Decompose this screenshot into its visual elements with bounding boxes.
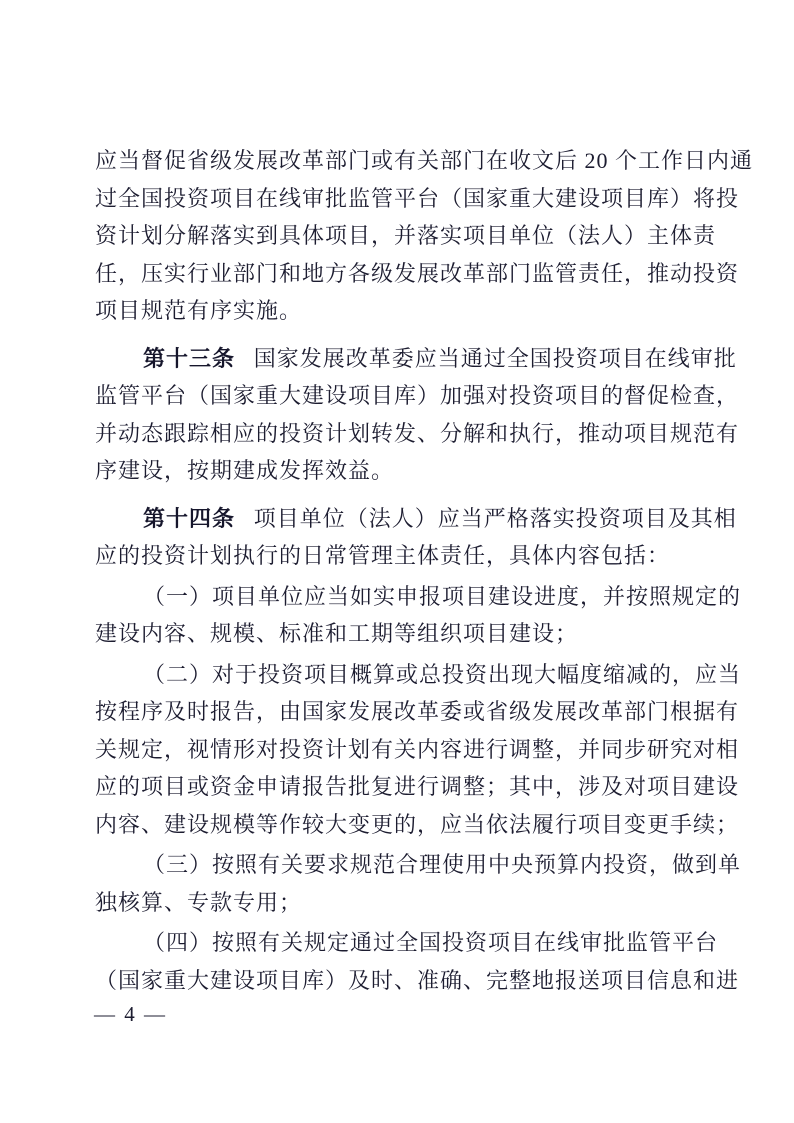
text-line: （三）按照有关要求规范合理使用中央预算内投资，做到单 xyxy=(95,846,701,884)
text-line: 第十四条项目单位（法人）应当严格落实投资项目及其相 xyxy=(95,500,701,538)
article-number: 第十四条 xyxy=(143,506,235,531)
text-line: 独核算、专款专用； xyxy=(95,884,701,922)
text-line: 内容、建设规模等作较大变更的，应当依法履行项目变更手续； xyxy=(95,806,701,844)
paragraph-article-13: 第十三条国家发展改革委应当通过全国投资项目在线审批 监管平台（国家重大建设项目库… xyxy=(95,340,701,490)
article-number: 第十三条 xyxy=(143,346,235,371)
text-line: （二）对于投资项目概算或总投资出现大幅度缩减的，应当 xyxy=(95,656,701,694)
paragraph-item-3: （三）按照有关要求规范合理使用中央预算内投资，做到单 独核算、专款专用； xyxy=(95,846,701,921)
paragraph-item-4: （四）按照有关规定通过全国投资项目在线审批监管平台 （国家重大建设项目库）及时、… xyxy=(95,924,701,999)
text-line: 关规定，视情形对投资计划有关内容进行调整，并同步研究对相 xyxy=(95,731,701,769)
paragraph-article-14: 第十四条项目单位（法人）应当严格落实投资项目及其相 应的投资计划执行的日常管理主… xyxy=(95,500,701,575)
text-line: 项目规范有序实施。 xyxy=(95,292,701,330)
text-line: 过全国投资项目在线审批监管平台（国家重大建设项目库）将投 xyxy=(95,180,701,218)
page-footer: — 4 — xyxy=(94,1002,167,1027)
text-line: 应当督促省级发展改革部门或有关部门在收文后 20 个工作日内通 xyxy=(95,142,701,180)
text-line: 资计划分解落实到具体项目，并落实项目单位（法人）主体责 xyxy=(95,217,701,255)
text-line: 按程序及时报告，由国家发展改革委或省级发展改革部门根据有 xyxy=(95,693,701,731)
text-line: （国家重大建设项目库）及时、准确、完整地报送项目信息和进 xyxy=(95,962,701,1000)
text-line: 应的投资计划执行的日常管理主体责任，具体内容包括： xyxy=(95,537,701,575)
paragraph-item-2: （二）对于投资项目概算或总投资出现大幅度缩减的，应当 按程序及时报告，由国家发展… xyxy=(95,656,701,844)
article-first-line-text: 项目单位（法人）应当严格落实投资项目及其相 xyxy=(254,506,737,531)
text-line: 并动态跟踪相应的投资计划转发、分解和执行，推动项目规范有 xyxy=(95,415,701,453)
text-line: （一）项目单位应当如实申报项目建设进度，并按照规定的 xyxy=(95,578,701,616)
text-line: 第十三条国家发展改革委应当通过全国投资项目在线审批 xyxy=(95,340,701,378)
paragraph-item-1: （一）项目单位应当如实申报项目建设进度，并按照规定的 建设内容、规模、标准和工期… xyxy=(95,578,701,653)
page-number: — 4 — xyxy=(94,1002,167,1026)
text-line: 序建设，按期建成发挥效益。 xyxy=(95,452,701,490)
document-body: 应当督促省级发展改革部门或有关部门在收文后 20 个工作日内通 过全国投资项目在… xyxy=(95,142,701,999)
text-line: 应的项目或资金申请报告批复进行调整；其中，涉及对项目建设 xyxy=(95,768,701,806)
text-line: 任，压实行业部门和地方各级发展改革部门监管责任，推动投资 xyxy=(95,255,701,293)
text-line: 监管平台（国家重大建设项目库）加强对投资项目的督促检查， xyxy=(95,377,701,415)
paragraph: 应当督促省级发展改革部门或有关部门在收文后 20 个工作日内通 过全国投资项目在… xyxy=(95,142,701,330)
article-first-line-text: 国家发展改革委应当通过全国投资项目在线审批 xyxy=(254,346,737,371)
text-line: （四）按照有关规定通过全国投资项目在线审批监管平台 xyxy=(95,924,701,962)
page: 应当督促省级发展改革部门或有关部门在收文后 20 个工作日内通 过全国投资项目在… xyxy=(0,0,794,1123)
text-line: 建设内容、规模、标准和工期等组织项目建设； xyxy=(95,615,701,653)
